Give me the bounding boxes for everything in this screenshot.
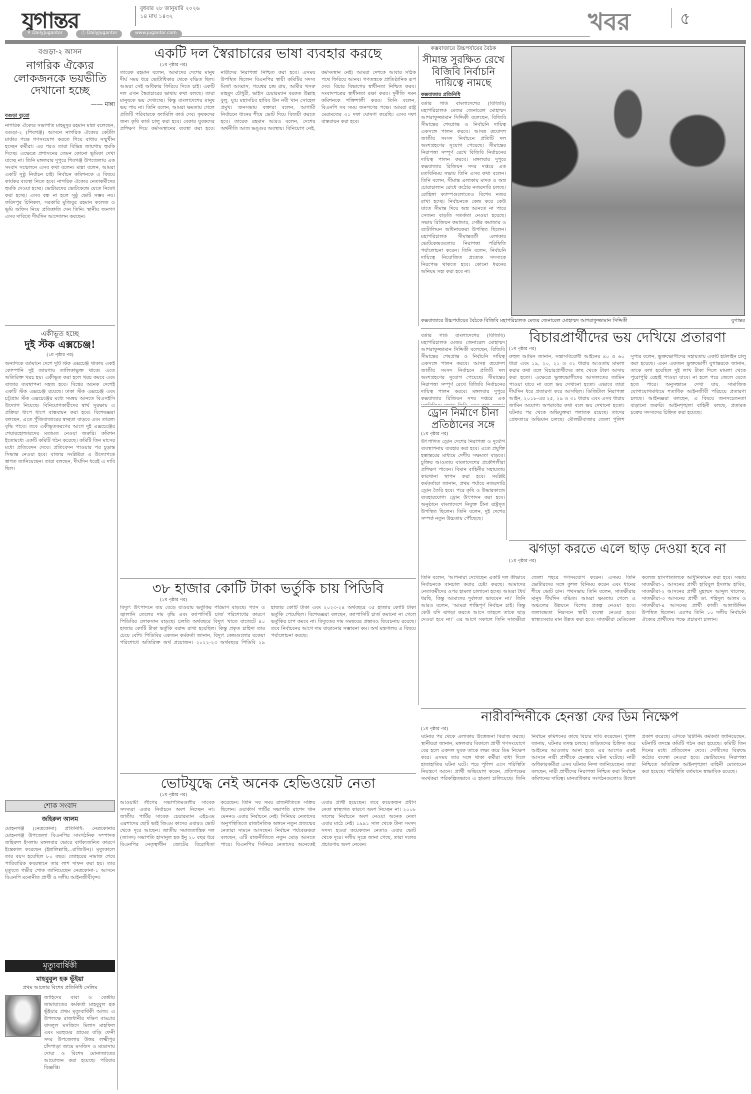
deceased-name: মাহবুবুল হক ভূঁইয়া — [5, 974, 115, 985]
page-number: ৫ — [680, 6, 690, 33]
section-rule — [421, 406, 505, 407]
photo-caption: কক্সবাজারে উচ্চপর্যায়ের বৈঠকে বিজিবি মহ… — [421, 318, 745, 326]
date-gregorian: বুধবার ২৮ জানুয়ারি ২০২৬ — [140, 5, 200, 13]
article-headline[interactable]: নাগরিক ঐক্যের লোকজনকে ভয়ভীতি দেখানো হচ্… — [5, 60, 115, 98]
continued-label: (১ম পৃষ্ঠার পর) — [509, 346, 746, 353]
article-justice-seekers-fraud[interactable]: বিচারপ্রার্থীদের ভয় দেখিয়ে প্রতারণা (১… — [509, 330, 746, 532]
article-stock-exchange[interactable]: একীভূত হচ্ছে দুই স্টক এক্সচেঞ্জ! (১ম পৃষ… — [5, 328, 115, 798]
continued-label: (১ম পৃষ্ঠার পর) — [421, 431, 505, 438]
continued-label: (১ম পৃষ্ঠার পর) — [509, 558, 746, 565]
article-headline[interactable]: ড্রোন নির্মাণে চীনা প্রতিষ্ঠানের সঙ্গে — [421, 408, 505, 431]
header-rule — [170, 36, 590, 37]
death-anniversary-title: মৃত্যুবার্ষিকী — [5, 960, 115, 972]
article-headline[interactable]: ৩৮ হাজার কোটি টাকা ভর্তুকি চায় পিডিবি — [120, 581, 416, 597]
article-body: বিদ্যুৎ উৎপাদনে ব্যয় বেড়ে যাওয়ায় ভর্… — [120, 605, 416, 787]
column-rule — [117, 46, 118, 1090]
continued-label: (১ম পৃষ্ঠার পর) — [421, 726, 746, 733]
article-headline[interactable]: নারীবন্দিনীকে হেনস্তা ফের ডিম নিক্ষেপ — [481, 711, 746, 726]
article-bogura[interactable]: বগুড়া-২ আসন নাগরিক ঐক্যের লোকজনকে ভয়ভী… — [5, 46, 115, 291]
masthead-divider — [135, 6, 136, 26]
article-no-leniency[interactable]: ঝগড়া করতে এলে ছাড় দেওয়া হবে না (১ম পৃ… — [509, 543, 746, 565]
continued-label: (১ম পৃষ্ঠার পর) — [5, 352, 115, 359]
photo-credit: যুগান্তর — [731, 318, 745, 326]
section-rule — [5, 325, 115, 326]
article-byline: বগুড়া ব্যুরো — [5, 113, 115, 121]
article-egg-throwing[interactable]: নারীবন্দিনীকে হেনস্তা ফের ডিম নিক্ষেপ (১… — [421, 711, 746, 1089]
column-rule — [418, 340, 419, 705]
article-headline[interactable]: বিচারপ্রার্থীদের ভয় দেখিয়ে প্রতারণা — [509, 330, 746, 346]
article-kicker: একীভূত হচ্ছে — [5, 328, 115, 340]
continued-label: (১ম পৃষ্ঠার পর) — [160, 792, 416, 799]
article-bgb-election-duty[interactable]: কক্সবাজারে উচ্চপর্যায়ের বৈঠক সীমান্ত সু… — [421, 46, 506, 306]
article-body: বর্ডার গার্ড বাংলাদেশের (বিজিবি) মহাপরিচ… — [421, 101, 506, 306]
article-body: তারেক রহমান বলেন, আমাদের দেশের মানুষ দীর… — [120, 70, 416, 576]
date-bengali: ১৪ মাঘ ১৪৩২ — [140, 13, 200, 21]
column-rule — [418, 46, 419, 326]
continued-label: (১ম পৃষ্ঠার পর) — [160, 62, 416, 69]
section-rule — [421, 328, 745, 329]
deceased-subtitle: প্রথম আলোর বিশেষ প্রতিনিধি সেলিম — [5, 985, 115, 993]
article-pdb-subsidy[interactable]: ৩৮ হাজার কোটি টাকা ভর্তুকি চায় পিডিবি (… — [120, 581, 416, 787]
article-headline[interactable]: ভোটযুদ্ধে নেই অনেক হেভিওয়েট নেতা — [120, 776, 416, 792]
twitter-handle-link[interactable]: ✕ DailyJugantor — [22, 30, 68, 38]
article-heavyweights-absent[interactable]: ভোটযুদ্ধে নেই অনেক হেভিওয়েট নেতা (১ম পৃ… — [120, 776, 416, 1090]
section-divider — [671, 8, 672, 28]
deceased-portrait — [5, 995, 41, 1037]
obituary-box: শোক সংবাদ জহিরুল আলম মোহনগঞ্জ (নেত্রকোনা… — [5, 800, 115, 924]
section-rule — [120, 773, 416, 774]
death-anniversary-body: জাহিদের বাবা ও কেন্দ্রীয় জামায়াতের কর্… — [44, 995, 115, 1079]
continued-label: (১ম পৃষ্ঠার পর) — [160, 597, 416, 604]
article-attribution: —— মান্না — [5, 99, 115, 110]
article-body: অন্যদিকে বর্তমানে দেশে দুটি স্টক এক্সচেঞ… — [5, 361, 115, 798]
article-drone-china[interactable]: ড্রোন নির্মাণে চীনা প্রতিষ্ঠানের সঙ্গে (… — [421, 408, 505, 521]
section-title: খবর — [588, 4, 630, 44]
column-rule — [506, 340, 507, 540]
article-headline[interactable]: দুই স্টক এক্সচেঞ্জ! — [5, 340, 115, 352]
article-headline[interactable]: একটি দল স্বৈরাচারের ভাষা ব্যবহার করছে — [120, 46, 416, 62]
obituary-body: মোহনগঞ্জ (নেত্রকোনা) প্রতিনিধি: নেত্রকোন… — [5, 826, 115, 924]
article-kicker: বগুড়া-২ আসন — [5, 46, 115, 58]
article-autocracy-language[interactable]: একটি দল স্বৈরাচারের ভাষা ব্যবহার করছে (১… — [120, 46, 416, 576]
article-kicker: কক্সবাজারে উচ্চপর্যায়ের বৈঠক — [421, 46, 506, 54]
article-body: আওয়ামী লীগের সভাপতিমণ্ডলীর সাবেক সদস্যর… — [120, 800, 416, 1090]
article-body: নাগরিক ঐক্যের সভাপতি মাহমুদুর রহমান মান্… — [5, 123, 115, 291]
article-body: উৎপাদিত ড্রোন দেশের নিরাপত্তা ও দুর্যোগ … — [421, 439, 505, 521]
obituary-title: শোক সংবাদ — [5, 800, 115, 812]
caption-text: কক্সবাজারে উচ্চপর্যায়ের বৈঠকে বিজিবি মহ… — [421, 318, 627, 326]
article-headline[interactable]: ঝগড়া করতে এলে ছাড় দেওয়া হবে না — [509, 543, 746, 558]
section-rule — [120, 578, 416, 579]
article-headline[interactable]: সীমান্ত সুরক্ষিত রেখে বিজিবি নির্বাচনি দ… — [421, 55, 506, 90]
article-body: তিনি বলেন, 'আপনারা দেখেছেন একটি দল কীভাব… — [421, 575, 746, 705]
section-rule — [421, 708, 746, 709]
facebook-handle-link[interactable]: ⓕ DailyJugantor — [76, 30, 122, 38]
news-photo-bgb-meeting — [511, 46, 745, 316]
article-body: ঘটনার পর থেকে এলাকায় উত্তেজনা বিরাজ করছ… — [421, 734, 746, 1089]
death-anniversary-box: মৃত্যুবার্ষিকী মাহবুবুল হক ভূঁইয়া প্রথম… — [5, 960, 115, 1079]
section-rule — [509, 540, 746, 541]
article-byline: কক্সবাজার প্রতিনিধি — [421, 92, 506, 100]
article-body-continued: বর্ডার গার্ড বাংলাদেশের (বিজিবি) মহাপরিচ… — [421, 333, 505, 405]
obituary-name: জহিরুল আলম — [5, 814, 115, 825]
article-body: রুহুল আমিন জানান, সন্ত্রাসবিরোধী আইনের ৪… — [509, 354, 746, 532]
masthead-date: বুধবার ২৮ জানুয়ারি ২০২৬ ১৪ মাঘ ১৪৩২ — [140, 5, 200, 21]
top-rule — [5, 40, 746, 44]
